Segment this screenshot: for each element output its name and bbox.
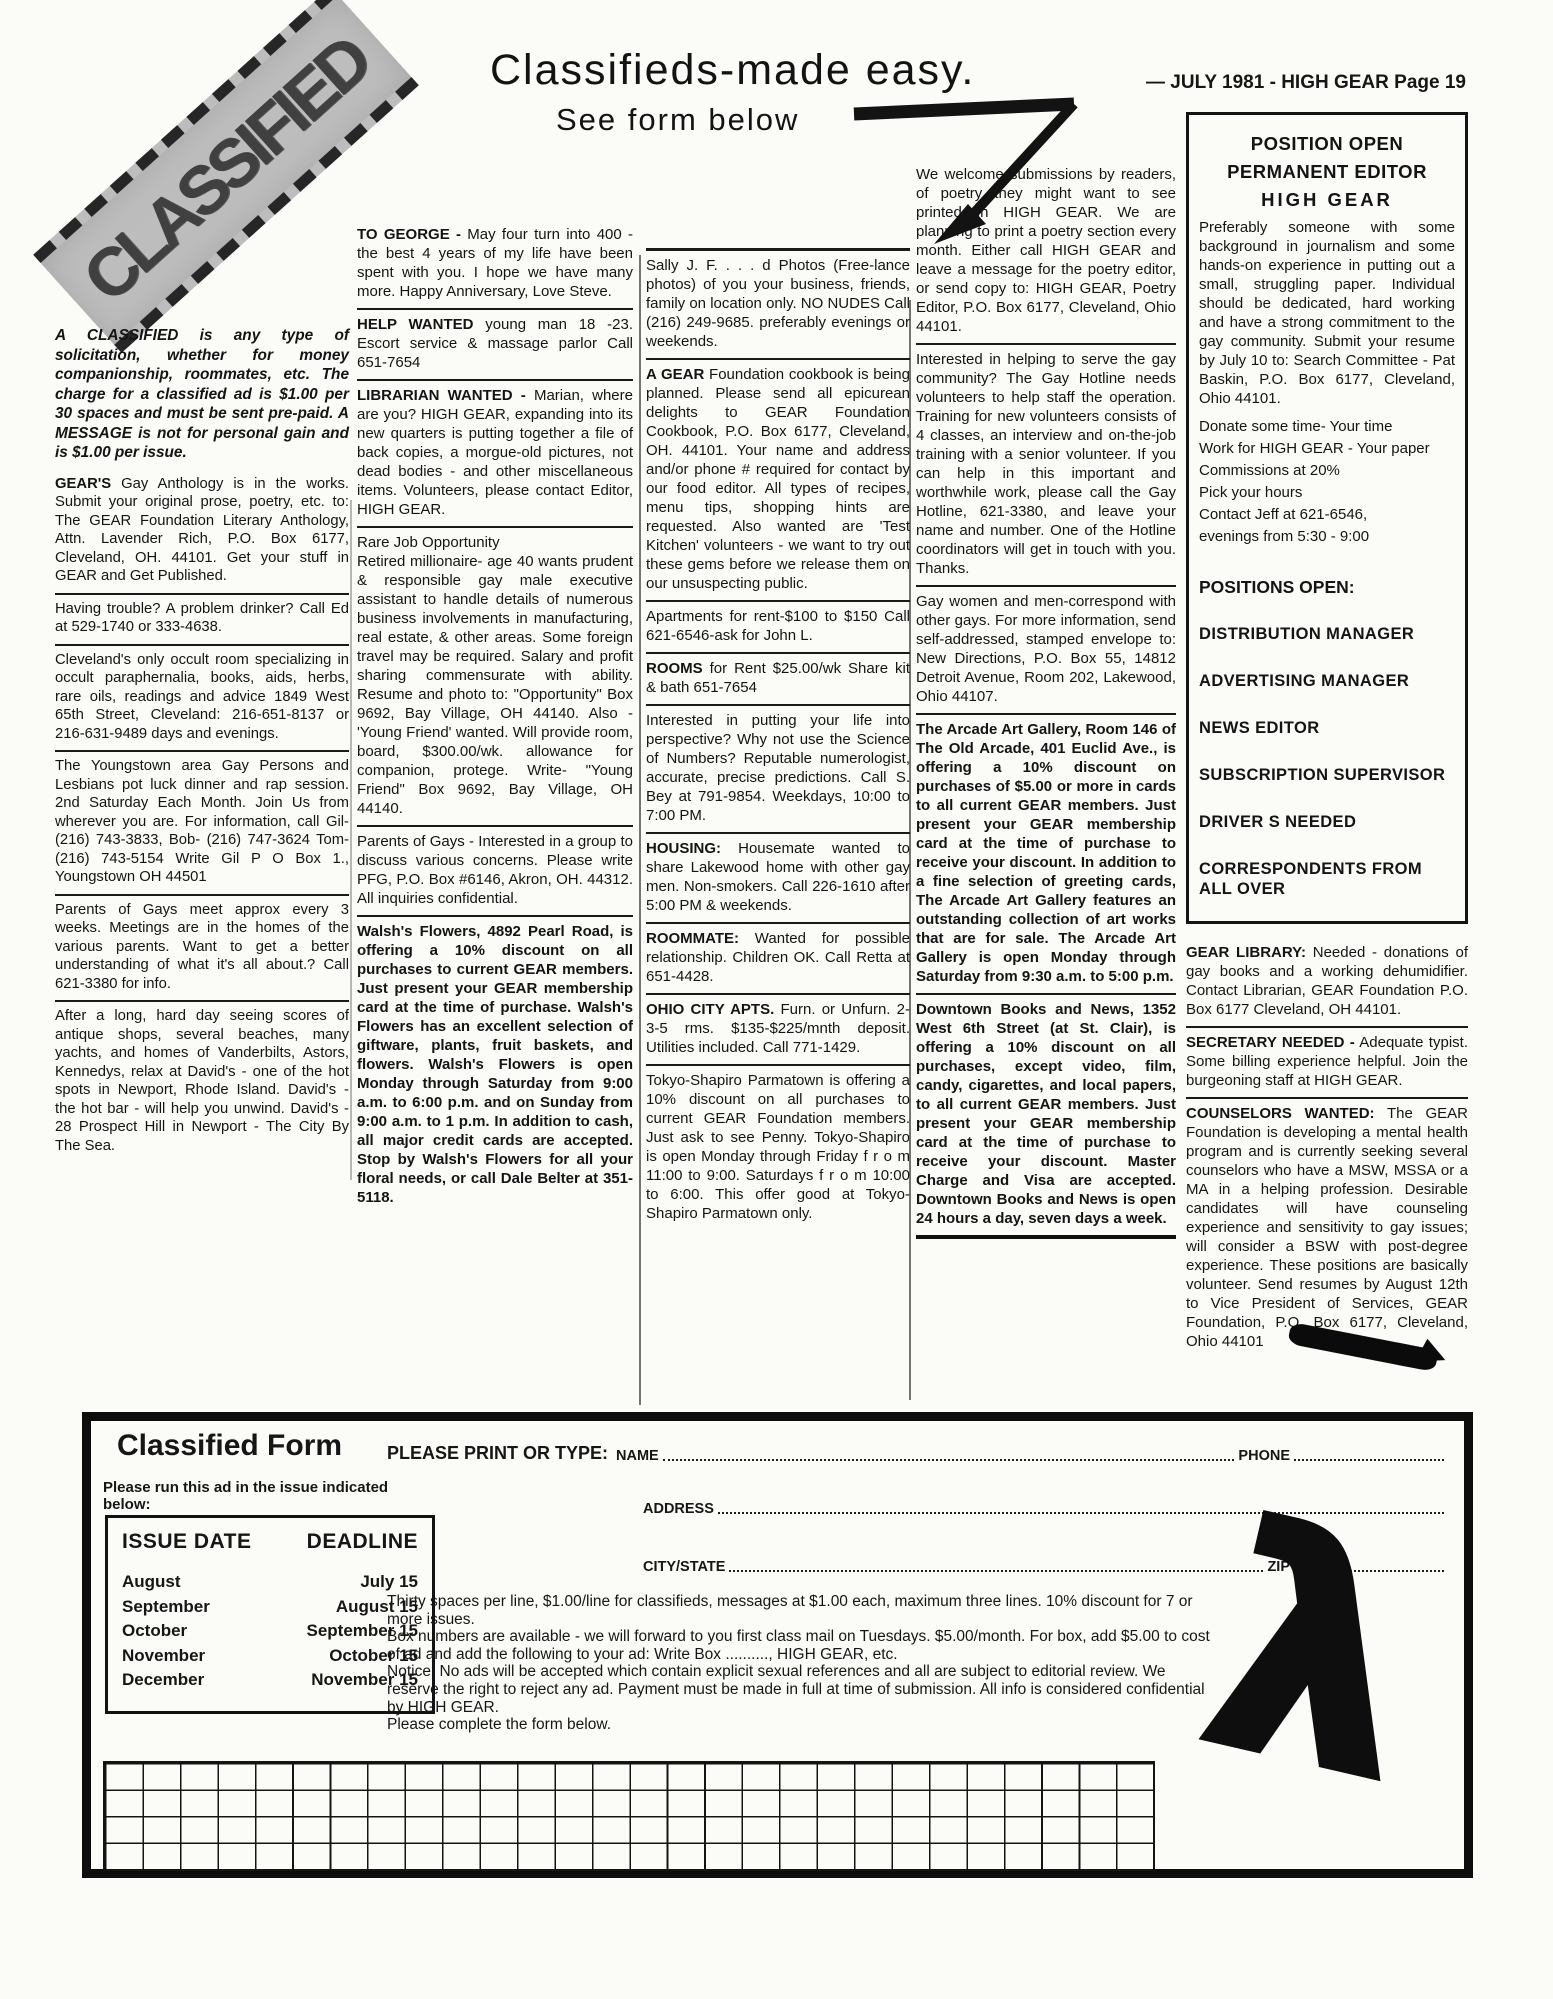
lambda-symbol: λ: [1188, 1487, 1440, 1822]
column-1: A CLASSIFIED is any type of solicitation…: [55, 326, 349, 1162]
classified-form: Classified Form Please run this ad in th…: [82, 1412, 1473, 1878]
classified-form-title: Classified Form: [117, 1429, 342, 1463]
classified-grid: [103, 1761, 1155, 1871]
name-phone-row: PLEASE PRINT OR TYPE: NAME PHONE: [387, 1443, 1448, 1464]
column-divider: [350, 500, 352, 1180]
deadline-header: DEADLINE: [307, 1530, 418, 1554]
name-field-line: [663, 1458, 1235, 1461]
ad-davids-newport: After a long, hard day seeing scores of …: [55, 1000, 349, 1162]
position-item: ADVERTISING MANAGER: [1199, 671, 1455, 691]
page-title: Classifieds-made easy.: [490, 46, 975, 95]
position-open-title: POSITION OPEN: [1199, 134, 1455, 153]
permanent-editor-title: PERMANENT EDITOR: [1199, 162, 1455, 181]
position-item: SUBSCRIPTION SUPERVISOR: [1199, 765, 1455, 785]
address-field-label: ADDRESS: [643, 1501, 714, 1517]
ad-numerologist: Interested in putting your life into per…: [646, 704, 910, 832]
donate-line: Work for HIGH GEAR - Your paper: [1199, 438, 1455, 460]
ad-help-wanted-escort: HELP WANTED young man 18 -23. Escort ser…: [357, 308, 633, 379]
city-state-field-line: [729, 1569, 1263, 1572]
table-row: SeptemberAugust 15: [122, 1595, 418, 1620]
ad-housing-lakewood: HOUSING: Housemate wanted to share Lakew…: [646, 832, 910, 922]
rule-pricing: Thirty spaces per line, $1.00/line for c…: [387, 1593, 1221, 1628]
issue-header: — JULY 1981 - HIGH GEAR Page 19: [1146, 72, 1466, 94]
rule-box-numbers: Box numbers are available - we will forw…: [387, 1628, 1221, 1663]
column-3: Sally J. F. . . . d Photos (Free-lance p…: [646, 248, 910, 1230]
form-rules-text: Thirty spaces per line, $1.00/line for c…: [387, 1593, 1221, 1734]
ad-librarian-wanted: LIBRARIAN WANTED - Marian, where are you…: [357, 379, 633, 526]
positions-open-label: POSITIONS OPEN:: [1199, 578, 1455, 597]
ad-downtown-books-news: Downtown Books and News, 1352 West 6th S…: [916, 993, 1176, 1239]
ad-parents-of-gays-group: Parents of Gays - Interested in a group …: [357, 825, 633, 915]
editor-description: Preferably someone with some background …: [1199, 218, 1455, 408]
ad-occult-shop: Cleveland's only occult room specializin…: [55, 644, 349, 751]
ad-poetry-submissions: We welcome submissions by readers, of po…: [916, 160, 1176, 343]
ad-ohio-city-apts: OHIO CITY APTS. Furn. or Unfurn. 2-3-5 r…: [646, 993, 910, 1064]
ad-to-george: TO GEORGE - May four turn into 400 - the…: [357, 220, 633, 308]
donate-line: Commissions at 20%: [1199, 460, 1455, 482]
table-row: NovemberOctober 15: [122, 1644, 418, 1669]
ad-roommate-wanted: ROOMMATE: Wanted for possible relationsh…: [646, 922, 910, 993]
ad-apartments-for-rent: Apartments for rent-$100 to $150 Call 62…: [646, 600, 910, 652]
ad-gears-anthology: GEAR'S Gay Anthology is in the works. Su…: [55, 470, 349, 593]
ad-new-directions-correspond: Gay women and men-correspond with other …: [916, 585, 1176, 713]
position-item: DRIVER S NEEDED: [1199, 812, 1455, 832]
ad-parents-of-gays-meetings: Parents of Gays meet approx every 3 week…: [55, 894, 349, 1001]
ad-gay-hotline-volunteers: Interested in helping to serve the gay c…: [916, 343, 1176, 585]
ad-counselors-wanted: COUNSELORS WANTED: The GEAR Foundation i…: [1186, 1097, 1468, 1358]
ad-youngstown-potluck: The Youngstown area Gay Persons and Lesb…: [55, 750, 349, 894]
ad-tokyo-shapiro: Tokyo-Shapiro Parmatown is offering a 10…: [646, 1064, 910, 1230]
position-item: CORRESPONDENTS FROM ALL OVER: [1199, 859, 1455, 899]
ad-rooms-for-rent: ROOMS for Rent $25.00/wk Share kit & bat…: [646, 652, 910, 704]
city-state-field-label: CITY/STATE: [643, 1559, 725, 1575]
newspaper-page: Classifieds-made easy. See form below — …: [0, 0, 1553, 1999]
name-field-label: NAME: [616, 1448, 659, 1464]
ad-secretary-needed: SECRETARY NEEDED - Adequate typist. Some…: [1186, 1026, 1468, 1097]
print-or-type-label: PLEASE PRINT OR TYPE:: [387, 1443, 608, 1464]
donate-line: evenings from 5:30 - 9:00: [1199, 526, 1455, 548]
table-row: AugustJuly 15: [122, 1570, 418, 1595]
ad-rare-job-opportunity: Rare Job OpportunityRetired millionaire-…: [357, 526, 633, 825]
donate-line: Pick your hours: [1199, 482, 1455, 504]
ad-gear-cookbook: A GEAR Foundation cookbook is being plan…: [646, 358, 910, 600]
page-subtitle: See form below: [556, 102, 799, 138]
donate-line: Contact Jeff at 621-6546,: [1199, 504, 1455, 526]
rule-complete: Please complete the form below.: [387, 1716, 1221, 1734]
issue-date-header: ISSUE DATE: [122, 1530, 251, 1554]
table-row: DecemberNovember 15: [122, 1668, 418, 1693]
column-2: TO GEORGE - May four turn into 400 - the…: [357, 220, 633, 1214]
ad-problem-drinker: Having trouble? A problem drinker? Call …: [55, 593, 349, 644]
issue-deadline-table: ISSUE DATE DEADLINE AugustJuly 15 Septem…: [105, 1515, 435, 1714]
classified-pricing-notice: A CLASSIFIED is any type of solicitation…: [55, 326, 349, 470]
ad-walshs-flowers: Walsh's Flowers, 4892 Pearl Road, is off…: [357, 915, 633, 1214]
ad-arcade-art-gallery: The Arcade Art Gallery, Room 146 of The …: [916, 713, 1176, 993]
position-item: NEWS EDITOR: [1199, 718, 1455, 738]
form-instruction: Please run this ad in the issue indicate…: [103, 1479, 439, 1513]
classified-stamp-label: CLASSIFIED: [68, 22, 383, 317]
donate-line: Donate some time- Your time: [1199, 416, 1455, 438]
high-gear-title: HIGH GEAR: [1199, 190, 1455, 209]
phone-field-label: PHONE: [1238, 1448, 1290, 1464]
position-open-box: POSITION OPEN PERMANENT EDITOR HIGH GEAR…: [1186, 112, 1468, 924]
position-item: DISTRIBUTION MANAGER: [1199, 624, 1455, 644]
column-divider: [639, 255, 641, 1405]
column-5: POSITION OPEN PERMANENT EDITOR HIGH GEAR…: [1186, 112, 1468, 1358]
rule-notice: Notice: No ads will be accepted which co…: [387, 1663, 1221, 1716]
ad-sally-photos: Sally J. F. . . . d Photos (Free-lance p…: [646, 248, 910, 358]
phone-field-line: [1294, 1458, 1444, 1461]
ad-gear-library: GEAR LIBRARY: Needed - donations of gay …: [1186, 938, 1468, 1026]
column-4: We welcome submissions by readers, of po…: [916, 160, 1176, 1239]
table-row: OctoberSeptember 15: [122, 1619, 418, 1644]
